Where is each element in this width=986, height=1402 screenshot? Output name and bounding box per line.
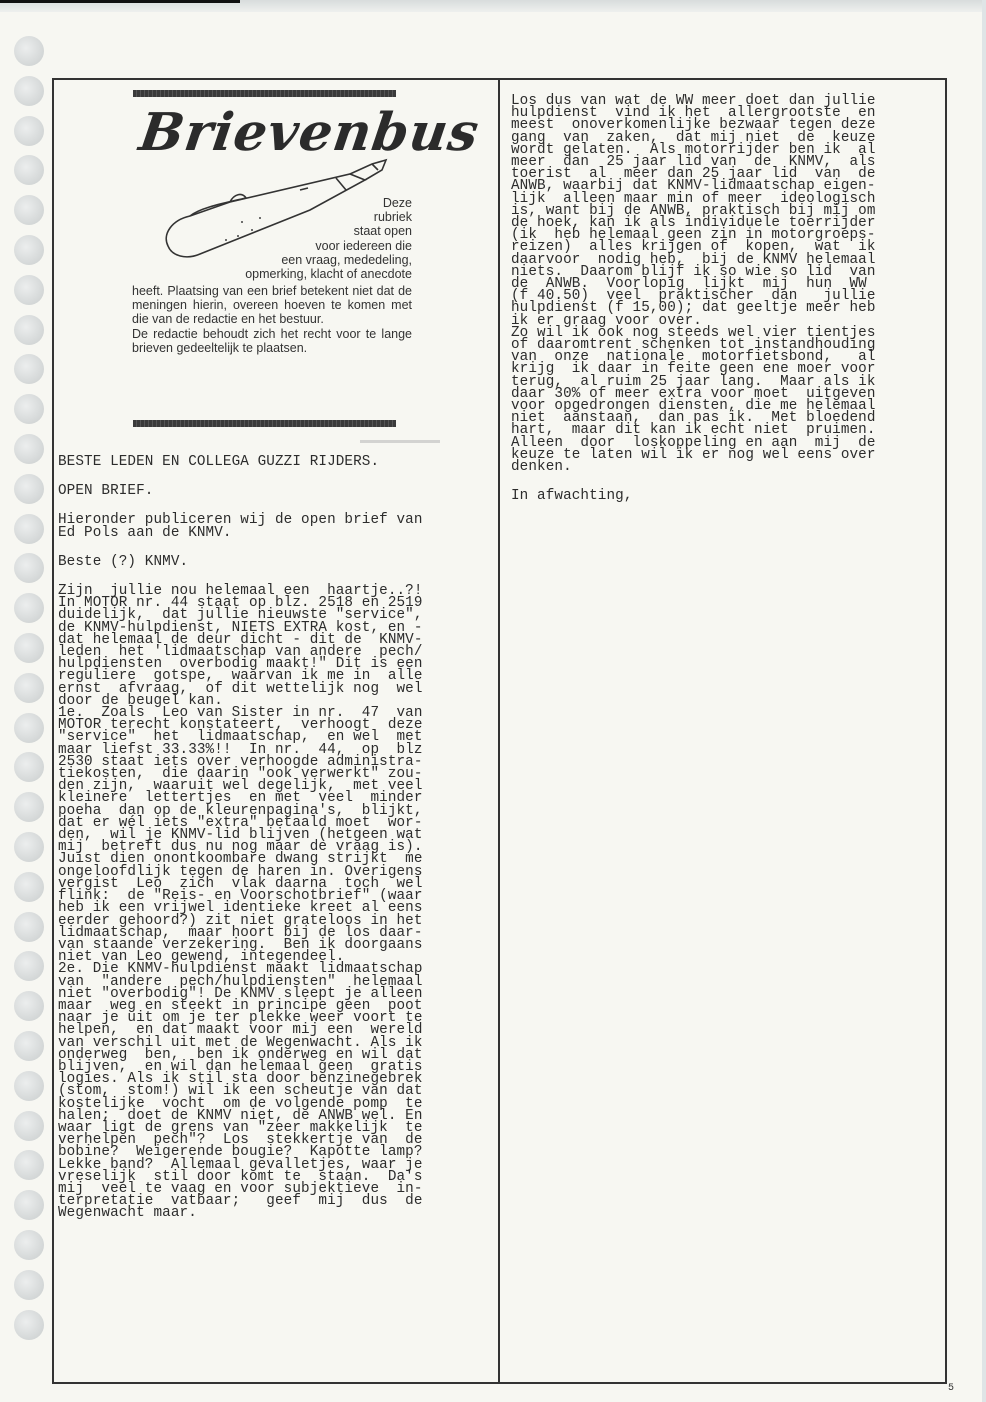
binder-hole-icon: [14, 354, 44, 384]
binder-hole-icon: [14, 1230, 44, 1260]
binder-hole-icon: [14, 673, 44, 703]
binder-hole-icon: [14, 394, 44, 424]
binder-hole-icon: [14, 36, 44, 66]
binder-hole-icon: [14, 514, 44, 544]
binder-hole-icon: [14, 1031, 44, 1061]
binder-hole-icon: [14, 235, 44, 265]
binder-hole-icon: [14, 434, 44, 464]
frame-border-left: [52, 78, 54, 1384]
scan-smudge: [360, 440, 440, 443]
intro-right-aligned: Deze rubriek staat open voor iedereen di…: [160, 196, 412, 281]
intro-line: voor iedereen die: [160, 239, 412, 253]
binder-hole-icon: [14, 951, 44, 981]
binder-hole-icon: [14, 752, 44, 782]
intro-line: rubriek: [160, 210, 412, 224]
letter-heading: OPEN BRIEF.: [58, 485, 490, 497]
binder-hole-icon: [14, 553, 44, 583]
binder-hole-icon: [14, 315, 44, 345]
header-rule-top: [133, 90, 396, 97]
binder-hole-icon: [14, 1270, 44, 1300]
header-rule-bottom: [133, 420, 396, 427]
intro-line: opmerking, klacht of anecdote: [160, 267, 412, 281]
binder-hole-icon: [14, 872, 44, 902]
binder-hole-icon: [14, 792, 44, 822]
body-line: denken.: [511, 461, 943, 473]
column-divider: [498, 78, 500, 1384]
intro-editorial-note: De redactie behoudt zich het recht voor …: [132, 327, 412, 355]
binder-hole-icon: [14, 76, 44, 106]
binder-hole-icon: [14, 1150, 44, 1180]
scan-edge-right: [982, 0, 986, 1402]
binder-hole-icon: [14, 912, 44, 942]
page-number: 5: [948, 1383, 954, 1394]
binder-hole-icon: [14, 991, 44, 1021]
salutation: Beste (?) KNMV.: [58, 556, 490, 568]
binder-hole-icon: [14, 116, 44, 146]
scan-edge-shadow: [0, 0, 240, 3]
binder-hole-icon: [14, 195, 44, 225]
binder-hole-icon: [14, 1190, 44, 1220]
intro-line: een vraag, mededeling,: [160, 253, 412, 267]
closing: In afwachting,: [511, 490, 943, 502]
frame-border-right: [945, 78, 947, 1384]
binder-hole-icon: [14, 832, 44, 862]
intro-body: heeft. Plaatsing van een brief betekent …: [132, 284, 412, 355]
intro-disclaimer: heeft. Plaatsing van een brief betekent …: [132, 284, 412, 327]
salutation-group: BESTE LEDEN EN COLLEGA GUZZI RIJDERS.: [58, 456, 490, 468]
binder-hole-icon: [14, 275, 44, 305]
preface-line: Ed Pols aan de KNMV.: [58, 527, 490, 539]
binder-hole-icon: [14, 1111, 44, 1141]
body-line: keuze te laten wil ik er nog wel eens ov…: [511, 449, 943, 461]
binder-hole-icon: [14, 155, 44, 185]
binder-hole-icon: [14, 1071, 44, 1101]
binder-hole-icon: [14, 1310, 44, 1340]
body-line: Wegenwacht maar.: [58, 1207, 490, 1219]
intro-line: Deze: [160, 196, 412, 210]
intro-line: staat open: [160, 224, 412, 238]
letter-right-column: Los dus van wat de WW meer doet dan jull…: [511, 95, 943, 503]
binder-hole-icon: [14, 593, 44, 623]
left-body: Zijn jullie nou helemaal een haartje..?!…: [58, 585, 490, 1220]
letter-left-column: BESTE LEDEN EN COLLEGA GUZZI RIJDERS. OP…: [58, 456, 490, 1220]
right-body: Los dus van wat de WW meer doet dan jull…: [511, 95, 943, 473]
binder-hole-icon: [14, 633, 44, 663]
binder-hole-icon: [14, 713, 44, 743]
binder-hole-icon: [14, 474, 44, 504]
